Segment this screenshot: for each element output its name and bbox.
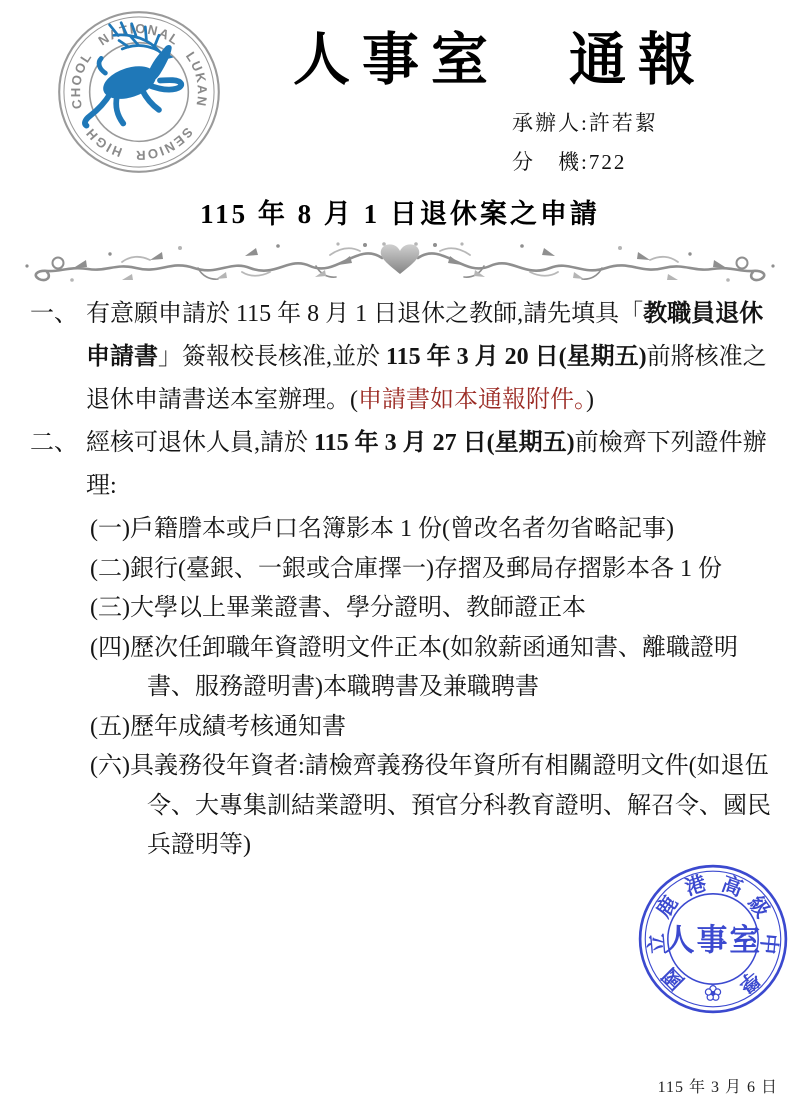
list-item: (五)歷年成績考核通知書 bbox=[90, 708, 775, 748]
office-seal-svg: 國 立 鹿 港 高 級 中 學 人事室 bbox=[636, 862, 790, 1016]
text-segment: 115 年 3 月 27 日(星期五) bbox=[314, 430, 575, 456]
item-marker: 一、 bbox=[30, 293, 78, 336]
text-segment: 」簽報校長核准,並於 bbox=[158, 344, 386, 370]
logo-text-bottom: SENIOR HIGH bbox=[82, 125, 196, 163]
contact-block: 承辦人:許若絜 分 機:722 bbox=[512, 104, 658, 182]
item-marker: 二、 bbox=[30, 422, 78, 465]
document-page: SCHOOL NATIONAL LUKANG SENIOR HIGH bbox=[0, 0, 800, 1115]
notice-body: 一、 有意願申請於 115 年 8 月 1 日退休之教師,請先填具「教職員退休申… bbox=[30, 293, 775, 866]
issue-date: 115 年 3 月 6 日 bbox=[658, 1074, 778, 1097]
school-logo: SCHOOL NATIONAL LUKANG SENIOR HIGH bbox=[55, 8, 223, 176]
list-item: (二)銀行(臺銀、一銀或合庫擇一)存摺及郵局存摺影本各 1 份 bbox=[90, 550, 775, 590]
text-segment: 115 年 3 月 20 日(星期五) bbox=[386, 344, 647, 370]
notice-item-1: 一、 有意願申請於 115 年 8 月 1 日退休之教師,請先填具「教職員退休申… bbox=[30, 293, 775, 422]
list-item: (四)歷次任卸職年資證明文件正本(如敘薪函通知書、離職證明書、服務證明書)本職聘… bbox=[90, 629, 775, 708]
item-text: 有意願申請於 115 年 8 月 1 日退休之教師,請先填具「教職員退休申請書」… bbox=[86, 293, 775, 422]
seal-ring-char: 港 bbox=[682, 871, 709, 900]
office-seal: 國 立 鹿 港 高 級 中 學 人事室 bbox=[636, 862, 790, 1016]
school-logo-svg: SCHOOL NATIONAL LUKANG SENIOR HIGH bbox=[55, 8, 223, 176]
list-item: (一)戶籍謄本或戶口名簿影本 1 份(曾改名者勿省略記事) bbox=[90, 510, 775, 550]
notice-item-2: 二、 經核可退休人員,請於 115 年 3 月 27 日(星期五)前檢齊下列證件… bbox=[30, 422, 775, 866]
seal-ring-char: 國 bbox=[658, 963, 689, 994]
text-segment: 申請書如本通報附件。 bbox=[358, 387, 586, 413]
seal-center-text: 人事室 bbox=[664, 923, 763, 957]
item-text: 經核可退休人員,請於 115 年 3 月 27 日(星期五)前檢齊下列證件辦理: bbox=[86, 422, 775, 508]
plum-blossom-icon bbox=[705, 986, 720, 1001]
notice-subtitle: 115 年 8 月 1 日退休案之申請 bbox=[0, 192, 800, 231]
document-sublist: (一)戶籍謄本或戶口名簿影本 1 份(曾改名者勿省略記事)(二)銀行(臺銀、一銀… bbox=[90, 510, 775, 866]
list-item: (六)具義務役年資者:請檢齊義務役年資所有相關證明文件(如退伍令、大專集訓結業證… bbox=[90, 747, 775, 866]
text-segment: 經核可退休人員,請於 bbox=[86, 430, 314, 456]
contact-person: 承辦人:許若絜 bbox=[512, 104, 658, 143]
contact-extension: 分 機:722 bbox=[512, 143, 658, 182]
divider-flourish-svg bbox=[20, 236, 780, 288]
decorative-divider bbox=[20, 236, 780, 288]
list-item: (三)大學以上畢業證書、學分證明、教師證正本 bbox=[90, 589, 775, 629]
seal-ring-char: 高 bbox=[718, 871, 746, 901]
page-title: 人事室 通報 bbox=[240, 14, 760, 96]
heart-icon bbox=[381, 244, 420, 274]
text-segment: ) bbox=[586, 387, 594, 413]
text-segment: 有意願申請於 115 年 8 月 1 日退休之教師,請先填具「 bbox=[86, 301, 643, 327]
